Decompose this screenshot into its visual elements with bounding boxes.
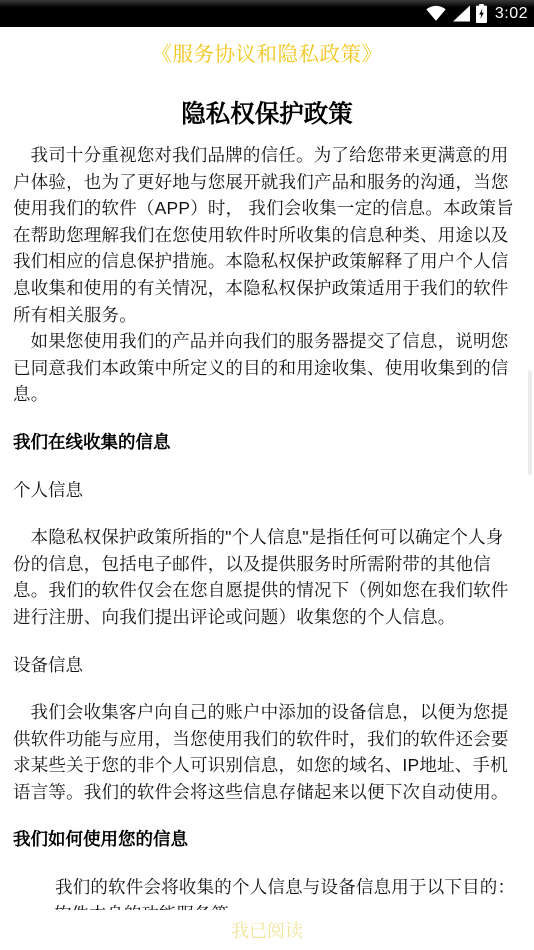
bullet-text: 软件本身的功能服务等； [54, 901, 247, 910]
policy-scroll-area[interactable]: 《服务协议和隐私政策》 隐私权保护政策 我司十分重视您对我们品牌的信任。为了给您… [0, 27, 534, 910]
bullet-marker: · [39, 901, 45, 910]
status-bar: 3:02 [0, 0, 534, 27]
section-heading-usage: 我们如何使用您的信息 [13, 826, 521, 853]
paragraph-personal-info: 本隐私权保护政策所指的"个人信息"是指任何可以确定个人身份的信息，包括电子邮件，… [13, 524, 521, 630]
policy-title: 隐私权保护政策 [13, 101, 521, 129]
policy-body: 隐私权保护政策 我司十分重视您对我们品牌的信任。为了给您带来更满意的用户体验，也… [0, 101, 534, 910]
subheading-device-info: 设备信息 [13, 652, 521, 679]
paragraph-consent: 如果您使用我们的产品并向我们的服务器提交了信息，说明您已同意我们本政策中所定义的… [13, 328, 521, 408]
battery-charging-icon [476, 4, 487, 23]
scrollbar-thumb[interactable] [528, 370, 532, 475]
status-time: 3:02 [495, 0, 528, 27]
list-item-usage: · 软件本身的功能服务等； [13, 901, 521, 910]
wifi-icon [425, 5, 447, 22]
section-heading-online-info: 我们在线收集的信息 [13, 429, 521, 456]
paragraph-intro: 我司十分重视您对我们品牌的信任。为了给您带来更满意的用户体验，也为了更好地与您展… [13, 142, 521, 328]
app-screen: 3:02 《服务协议和隐私政策》 隐私权保护政策 我司十分重视您对我们品牌的信任… [0, 0, 534, 950]
cell-signal-icon [452, 5, 471, 22]
read-confirm-label: 我已阅读 [231, 917, 303, 943]
read-confirm-button[interactable]: 我已阅读 [0, 910, 534, 950]
paragraph-device-info: 我们会收集客户向自己的账户中添加的设备信息，以便为您提供软件功能与应用，当您使用… [13, 699, 521, 805]
agreement-header-title: 《服务协议和隐私政策》 [0, 42, 534, 68]
subheading-personal-info: 个人信息 [13, 477, 521, 504]
paragraph-usage-intro: 我们的软件会将收集的个人信息与设备信息用于以下目的： [13, 874, 521, 901]
